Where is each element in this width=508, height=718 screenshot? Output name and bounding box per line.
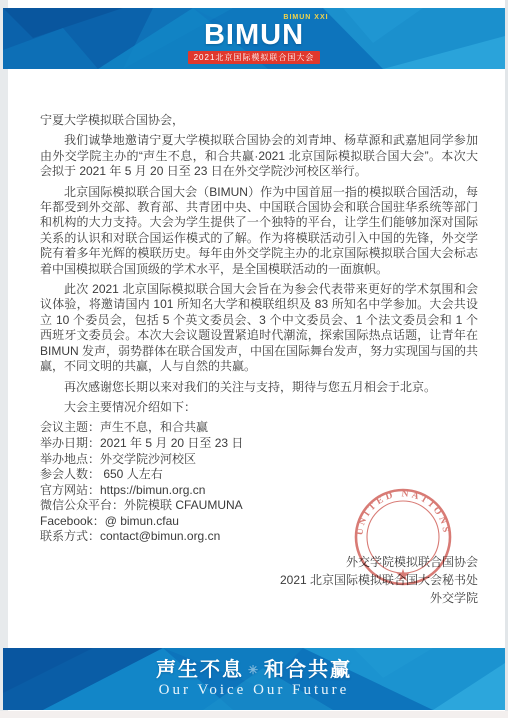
footer-slogan-english: Our Voice Our Future: [159, 681, 350, 699]
signature-line-secretariat: 2021 北京国际模拟联合国大会秘书处: [40, 571, 478, 589]
bimun-logo: BIMUN XXI BIMUN 2021北京国际模拟联合国大会: [3, 8, 505, 69]
detail-wechat: 微信公众平台：外院模联 CFAUMUNA: [40, 498, 478, 514]
header-banner: BIMUN XXI BIMUN 2021北京国际模拟联合国大会: [3, 8, 505, 69]
logo-subtitle-banner: 2021北京国际模拟联合国大会: [188, 51, 321, 64]
footer-slogan-chinese: 声生不息✳和合共赢: [156, 659, 352, 681]
scan-edge-bottom: [0, 711, 508, 718]
letter-paragraph-intro-list: 大会主要情况介绍如下：: [40, 400, 478, 415]
conference-details: 会议主题：声生不息，和合共赢 举办日期：2021 年 5 月 20 日至 23 …: [40, 420, 478, 545]
letter-page: BIMUN XXI BIMUN 2021北京国际模拟联合国大会 宁夏大学模拟联合…: [0, 0, 508, 718]
signature-line-university: 外交学院: [40, 589, 478, 607]
detail-attendees: 参会人数： 650 人左右: [40, 467, 478, 483]
scan-edge-left: [0, 0, 8, 718]
slogan-zh-right: 和合共赢: [264, 659, 352, 681]
footer-banner: 声生不息✳和合共赢 Our Voice Our Future: [3, 648, 505, 710]
letter-paragraph-3: 此次 2021 北京国际模拟联合国大会旨在为参会代表带来更好的学术氛围和会议体验…: [40, 282, 478, 374]
letter-paragraph-thanks: 再次感谢您长期以来对我们的关注与支持，期待与您五月相会于北京。: [40, 380, 478, 395]
signature-block: 外交学院模拟联合国协会 2021 北京国际模拟联合国大会秘书处 外交学院: [40, 553, 478, 607]
letter-paragraph-2: 北京国际模拟联合国大会（BIMUN）作为中国首屈一指的模拟联合国活动，每年都受到…: [40, 185, 478, 277]
slogan-zh-left: 声生不息: [156, 659, 244, 681]
salutation: 宁夏大学模拟联合国协会，: [40, 113, 478, 128]
letter-paragraph-1: 我们诚挚地邀请宁夏大学模拟联合国协会的刘青坤、杨草源和武嘉旭同学参加由外交学院主…: [40, 133, 478, 179]
detail-dates: 举办日期：2021 年 5 月 20 日至 23 日: [40, 436, 478, 452]
logo-edition-text: BIMUN XXI: [283, 14, 328, 21]
detail-website: 官方网站：https://bimun.org.cn: [40, 483, 478, 499]
logo-wordmark: BIMUN: [204, 21, 304, 49]
letter-body: 宁夏大学模拟联合国协会， 我们诚挚地邀请宁夏大学模拟联合国协会的刘青坤、杨草源和…: [40, 113, 478, 607]
slogan-separator-mark: ✳: [248, 663, 260, 677]
detail-theme: 会议主题：声生不息，和合共赢: [40, 420, 478, 436]
footer-slogan: 声生不息✳和合共赢 Our Voice Our Future: [3, 648, 505, 710]
detail-facebook: Facebook：@ bimun.cfau: [40, 514, 478, 530]
detail-contact-email: 联系方式：contact@bimun.org.cn: [40, 529, 478, 545]
detail-venue: 举办地点：外交学院沙河校区: [40, 452, 478, 468]
signature-line-association: 外交学院模拟联合国协会: [40, 553, 478, 571]
